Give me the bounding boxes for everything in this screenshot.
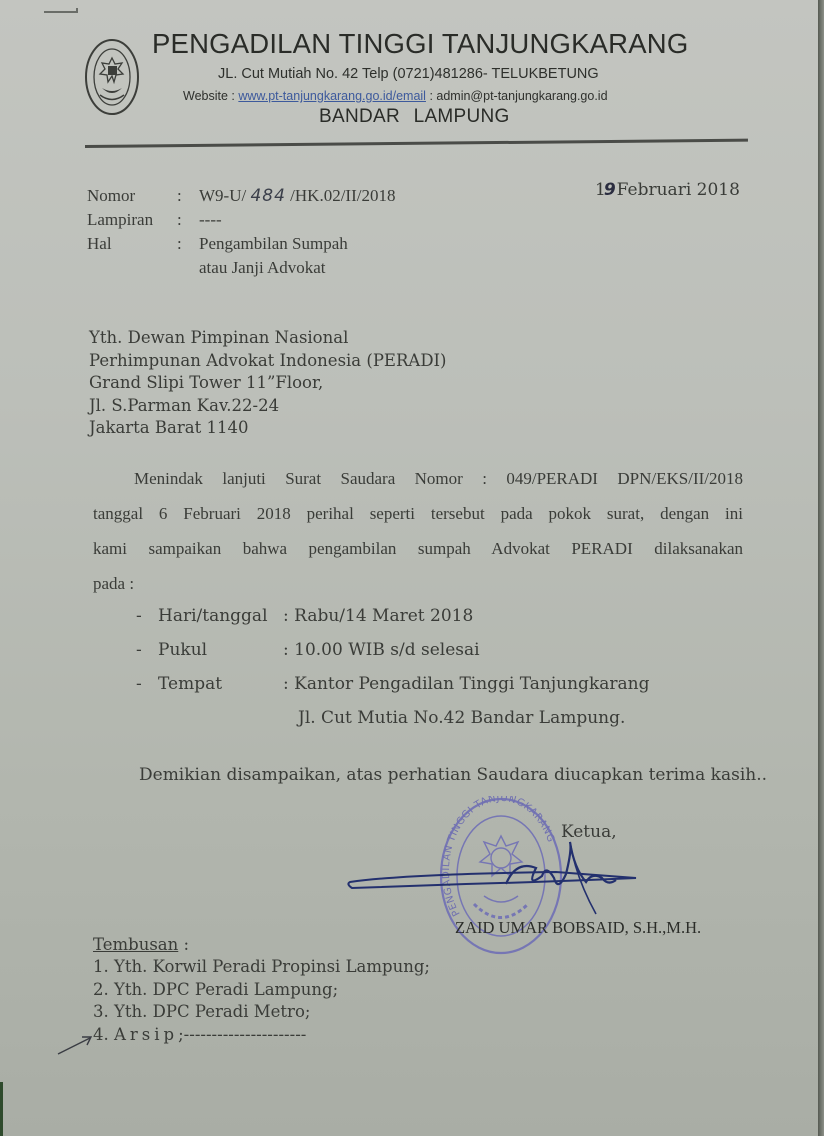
recipient-line: Yth. Dewan Pimpinan Nasional [89, 327, 447, 350]
court-emblem-icon [84, 38, 140, 116]
recipient-line: Grand Slipi Tower 11”Floor, [89, 372, 447, 395]
carbon-copy-list: Tembusan : 1. Yth. Korwil Peradi Propins… [93, 934, 430, 1046]
colon: : [177, 234, 182, 254]
cc-title: Tembusan [93, 935, 178, 954]
cc-item: 1. Yth. Korwil Peradi Propinsi Lampung; [93, 956, 430, 978]
detail-key: Tempat [158, 674, 222, 694]
letter-body: Menindak lanjuti Surat Saudara Nomor : 0… [93, 469, 743, 609]
bullet-dash: - [136, 640, 142, 660]
page-edge [818, 0, 824, 1136]
detail-value-continuation: Jl. Cut Mutia No.42 Bandar Lampung. [298, 708, 625, 728]
nomor-label: Nomor [87, 186, 135, 206]
cc-item: 3. Yth. DPC Peradi Metro; [93, 1001, 430, 1023]
institution-name: PENGADILAN TINGGI TANJUNGKARANG [152, 28, 688, 60]
letter-date: 19Februari 2018 [595, 180, 740, 200]
date-day-handwritten: 9 [604, 180, 616, 200]
body-line: Menindak lanjuti Surat Saudara Nomor : 0… [93, 469, 743, 504]
lampiran-label: Lampiran [87, 210, 153, 230]
detail-key: Hari/tanggal [158, 606, 268, 626]
detail-value: : 10.00 WIB s/d selesai [283, 640, 480, 660]
institution-city: BANDAR LAMPUNG [319, 106, 510, 128]
cc-heading: Tembusan : [93, 934, 430, 956]
lampiran-value: ---- [199, 210, 222, 230]
recipient-block: Yth. Dewan Pimpinan Nasional Perhimpunan… [89, 327, 447, 440]
body-line: pada : [93, 574, 743, 609]
cc-archive-tail: ;---------------------- [178, 1025, 306, 1044]
staple-mark [44, 8, 78, 13]
nomor-suffix: /HK.02/II/2018 [286, 186, 396, 205]
cc-item: 2. Yth. DPC Peradi Lampung; [93, 979, 430, 1001]
recipient-line: Jl. S.Parman Kav.22-24 [89, 395, 447, 418]
body-line: tanggal 6 Februari 2018 perihal seperti … [93, 504, 743, 539]
background-edge [0, 1082, 3, 1136]
institution-address: JL. Cut Mutiah No. 42 Telp (0721)481286-… [218, 66, 599, 82]
hal-value-line2: atau Janji Advokat [199, 258, 326, 278]
detail-value: : Rabu/14 Maret 2018 [283, 606, 473, 626]
recipient-line: Perhimpunan Advokat Indonesia (PERADI) [89, 350, 447, 373]
detail-value: : Kantor Pengadilan Tinggi Tanjungkarang [283, 674, 649, 694]
hal-value-line1: Pengambilan Sumpah [199, 234, 348, 254]
website-link[interactable]: www.pt-tanjungkarang.go.id/email [238, 89, 426, 103]
nomor-value: W9-U/ 484 /HK.02/II/2018 [199, 186, 395, 206]
hal-label: Hal [87, 234, 112, 254]
email-text: : admin@pt-tanjungkarang.go.id [426, 89, 608, 103]
body-line: kami sampaikan bahwa pengambilan sumpah … [93, 539, 743, 574]
closing-sentence: Demikian disampaikan, atas perhatian Sau… [139, 765, 767, 785]
cc-item-archive: 4. Arsip;---------------------- [93, 1024, 430, 1046]
nomor-prefix: W9-U/ [199, 186, 250, 205]
contact-line: Website : www.pt-tanjungkarang.go.id/ema… [183, 89, 608, 103]
city-word: LAMPUNG [414, 106, 510, 127]
signature-icon [346, 838, 646, 918]
handwritten-arrow-icon [56, 1032, 96, 1056]
bullet-dash: - [136, 674, 142, 694]
recipient-line: Jakarta Barat 1140 [89, 417, 447, 440]
detail-key: Pukul [158, 640, 207, 660]
cc-archive-label: Arsip [114, 1025, 178, 1044]
colon: : [177, 186, 182, 206]
cc-title-colon: : [178, 935, 189, 954]
city-word: BANDAR [319, 106, 400, 127]
bullet-dash: - [136, 606, 142, 626]
website-label: Website : [183, 89, 238, 103]
nomor-handwritten: 484 [250, 186, 285, 206]
cc-archive-number: 4. [93, 1025, 114, 1044]
signer-name: ZAID UMAR BOBSAID, S.H.,M.H. [455, 918, 701, 938]
colon: : [177, 210, 182, 230]
date-month-year: Februari 2018 [617, 180, 740, 200]
